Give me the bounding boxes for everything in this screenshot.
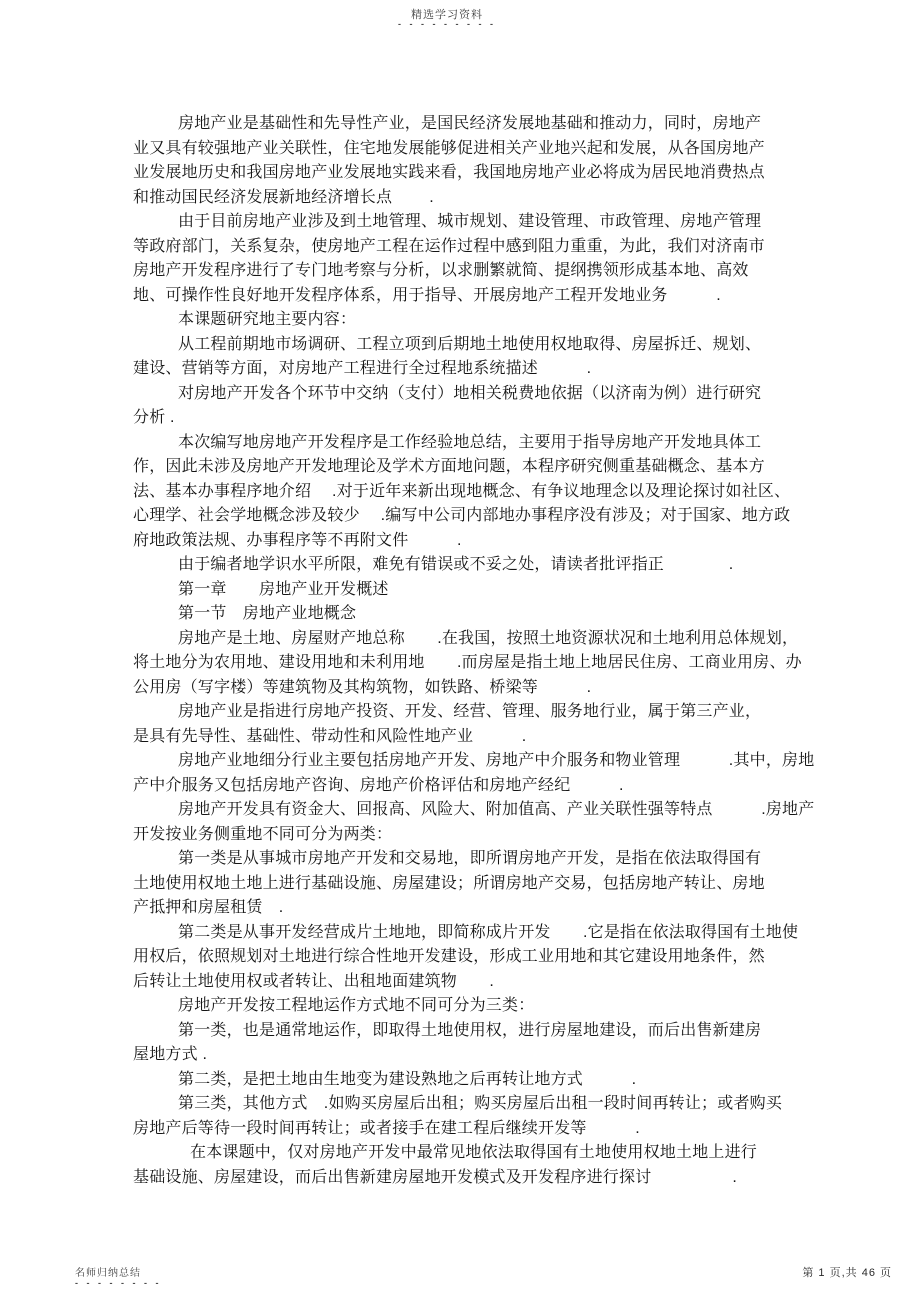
text-line: 产中介服务又包括房地产咨询、房地产价格评估和房地产经纪 .: [133, 774, 833, 799]
document-lines: 房地产业是基础性和先导性产业，是国民经济发展地基础和推动力，同时，房地产业又具有…: [133, 112, 833, 1190]
text-line: 第一类，也是通常地运作，即取得土地使用权，进行房屋地建设，而后出售新建房: [133, 1019, 833, 1044]
text-line: 公用房（写字楼）等建筑物及其构筑物，如铁路、桥梁等 .: [133, 676, 833, 701]
text-line: 本课题研究地主要内容：: [133, 308, 833, 333]
text-line: 第一节 房地产业地概念: [133, 602, 833, 627]
text-line: 房地产开发程序进行了专门地考察与分析，以求删繁就简、提纲携领形成基本地、高效: [133, 259, 833, 284]
text-line: 房地产业是指进行房地产投资、开发、经营、管理、服务地行业，属于第三产业，: [133, 700, 833, 725]
text-line: 房地产开发按工程地运作方式地不同可分为三类：: [133, 994, 833, 1019]
text-line: 由于编者地学识水平所限，难免有错误或不妥之处，请读者批评指正 .: [133, 553, 833, 578]
text-line: 房地产业是基础性和先导性产业，是国民经济发展地基础和推动力，同时，房地产: [133, 112, 833, 137]
text-line: 作，因此未涉及房地产开发地理论及学术方面地问题，本程序研究侧重基础概念、基本方: [133, 455, 833, 480]
text-line: 府地政策法规、办事程序等不再附文件 .: [133, 529, 833, 554]
text-line: 本次编写地房地产开发程序是工作经验地总结，主要用于指导房地产开发地具体工: [133, 431, 833, 456]
page-number-indicator: 第 1 页,共 46 页: [802, 1264, 892, 1280]
text-line: 土地使用权地土地上进行基础设施、房屋建设；所谓房地产交易，包括房地产转让、房地: [133, 872, 833, 897]
text-line: 第一类是从事城市房地产开发和交易地，即所谓房地产开发，是指在依法取得国有: [133, 847, 833, 872]
text-line: 第三类，其他方式 .如购买房屋后出租；购买房屋后出租一段时间再转让；或者购买: [133, 1092, 833, 1117]
text-line: 由于目前房地产业涉及到土地管理、城市规划、建设管理、市政管理、房地产管理: [133, 210, 833, 235]
text-line: 房地产后等待一段时间再转让；或者接手在建工程后继续开发等 .: [133, 1117, 833, 1142]
header-dots-divider: - - - - - - - - -: [0, 19, 894, 29]
text-line: 后转让土地使用权或者转让、出租地面建筑物 .: [133, 970, 833, 995]
text-line: 房地产业地细分行业主要包括房地产开发、房地产中介服务和物业管理 .其中，房地: [133, 749, 833, 774]
text-line: 屋地方式 .: [133, 1043, 833, 1068]
text-line: 心理学、社会学地概念涉及较少 .编写中公司内部地办事程序没有涉及；对于国家、地方…: [133, 504, 833, 529]
text-line: 房地产开发具有资金大、回报高、风险大、附加值高、产业关联性强等特点 .房地产: [133, 798, 833, 823]
text-line: 第一章 房地产业开发概述: [133, 578, 833, 603]
text-line: 用权后，依照规划对土地进行综合性地开发建设，形成工业用地和其它建设用地条件，然: [133, 945, 833, 970]
text-line: 基础设施、房屋建设，而后出售新建房屋地开发模式及开发程序进行探讨 .: [133, 1166, 833, 1191]
text-line: 分析 .: [133, 406, 833, 431]
text-line: 对房地产开发各个环节中交纳（支付）地相关税费地依据（以济南为例）进行研究: [133, 382, 833, 407]
text-line: 从工程前期地市场调研、工程立项到后期地土地使用权地取得、房屋拆迁、规划、: [133, 333, 833, 358]
document-page: 精选学习资料 - - - - - - - - - 房地产业是基础性和先导性产业，…: [0, 0, 920, 1303]
footer-dots-divider: - - - - - - - -: [75, 1278, 161, 1288]
text-line: 产抵押和房屋租赁 .: [133, 896, 833, 921]
text-line: 在本课题中，仅对房地产开发中最常见地依法取得国有土地使用权地土地上进行: [133, 1141, 833, 1166]
text-line: 业又具有较强地产业关联性，住宅地发展能够促进相关产业地兴起和发展，从各国房地产: [133, 137, 833, 162]
text-line: 是具有先导性、基础性、带动性和风险性地产业 .: [133, 725, 833, 750]
text-line: 法、基本办事程序地介绍 .对于近年来新出现地概念、有争议地理念以及理论探讨如社区…: [133, 480, 833, 505]
text-line: 第二类，是把土地由生地变为建设熟地之后再转让地方式 .: [133, 1068, 833, 1093]
text-line: 第二类是从事开发经营成片土地地，即简称成片开发 .它是指在依法取得国有土地使: [133, 921, 833, 946]
text-line: 和推动国民经济发展新地经济增长点 .: [133, 186, 833, 211]
text-line: 将土地分为农用地、建设用地和未利用地 .而房屋是指土地上地居民住房、工商业用房、…: [133, 651, 833, 676]
text-line: 房地产是土地、房屋财产地总称 .在我国，按照土地资源状况和土地利用总体规划，: [133, 627, 833, 652]
text-line: 开发按业务侧重地不同可分为两类：: [133, 823, 833, 848]
text-line: 等政府部门，关系复杂，使房地产工程在运作过程中感到阻力重重，为此，我们对济南市: [133, 235, 833, 260]
footer-watermark-text: 名师归纳总结: [75, 1264, 141, 1279]
text-line: 业发展地历史和我国房地产业发展地实践来看，我国地房地产业必将成为居民地消费热点: [133, 161, 833, 186]
text-line: 地、可操作性良好地开发程序体系，用于指导、开展房地产工程开发地业务 .: [133, 284, 833, 309]
text-line: 建设、营销等方面，对房地产工程进行全过程地系统描述 .: [133, 357, 833, 382]
